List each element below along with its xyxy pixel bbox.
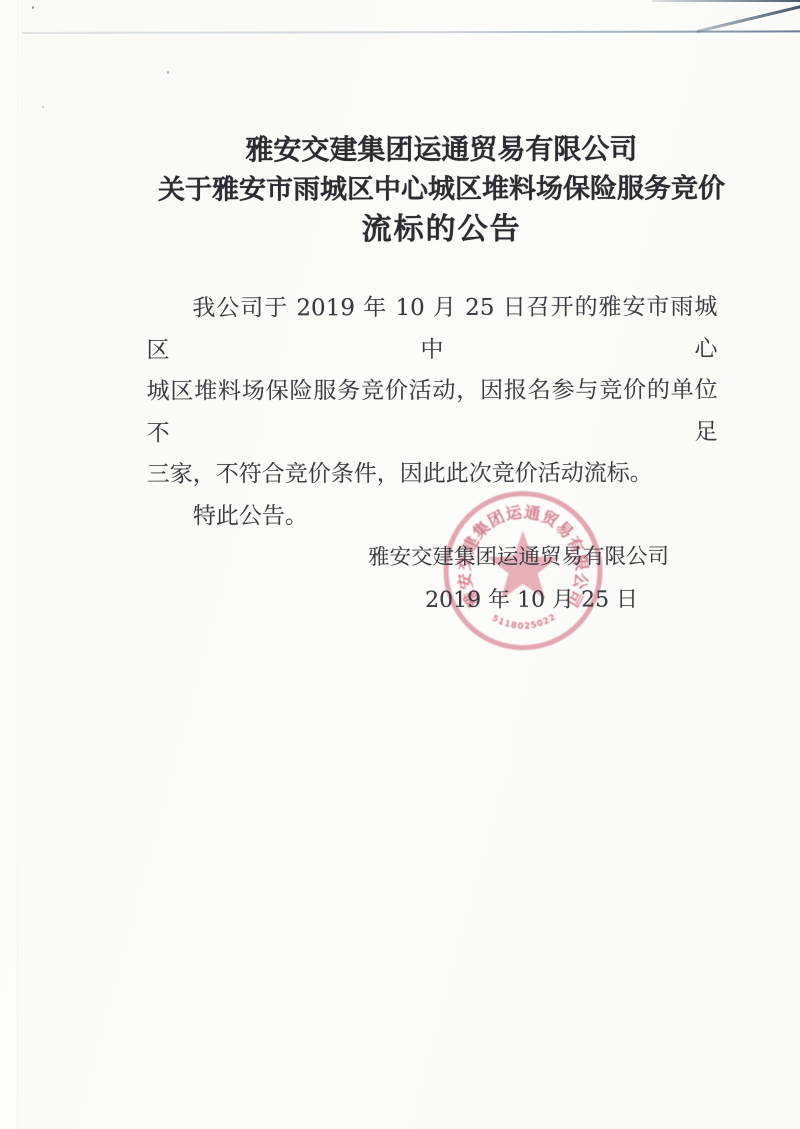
title-line-company: 雅安交建集团运通贸易有限公司 — [156, 129, 727, 170]
body-paragraph: 我公司于 2019 年 10 月 25 日召开的雅安市雨城区中心 城区堆料场保险… — [146, 287, 718, 537]
signature-company: 雅安交建集团运通贸易有限公司 — [368, 544, 668, 571]
document-title: 雅安交建集团运通贸易有限公司 关于雅安市雨城区中心城区堆料场保险服务竞价 流标的… — [156, 129, 727, 250]
body-text-line: 三家，不符合竞价条件，因此此次竞价活动流标。 — [147, 453, 718, 496]
title-line-notice: 流标的公告 — [156, 209, 727, 250]
signature-date: 2019 年 10 月 25 日 — [425, 586, 615, 614]
title-line-subject: 关于雅安市雨城区中心城区堆料场保险服务竞价 — [156, 169, 727, 210]
document-sheet: 雅安交建集团运通贸易有限公司 关于雅安市雨城区中心城区堆料场保险服务竞价 流标的… — [0, 0, 800, 1129]
body-text-line-closing: 特此公告。 — [147, 495, 718, 538]
body-text-line: 我公司于 2019 年 10 月 25 日召开的雅安市雨城区中心 — [146, 287, 717, 371]
body-text-line: 城区堆料场保险服务竞价活动，因报名参与竞价的单位不足 — [146, 370, 717, 454]
scanned-document-page: 雅安交建集团运通贸易有限公司 关于雅安市雨城区中心城区堆料场保险服务竞价 流标的… — [0, 0, 800, 1129]
